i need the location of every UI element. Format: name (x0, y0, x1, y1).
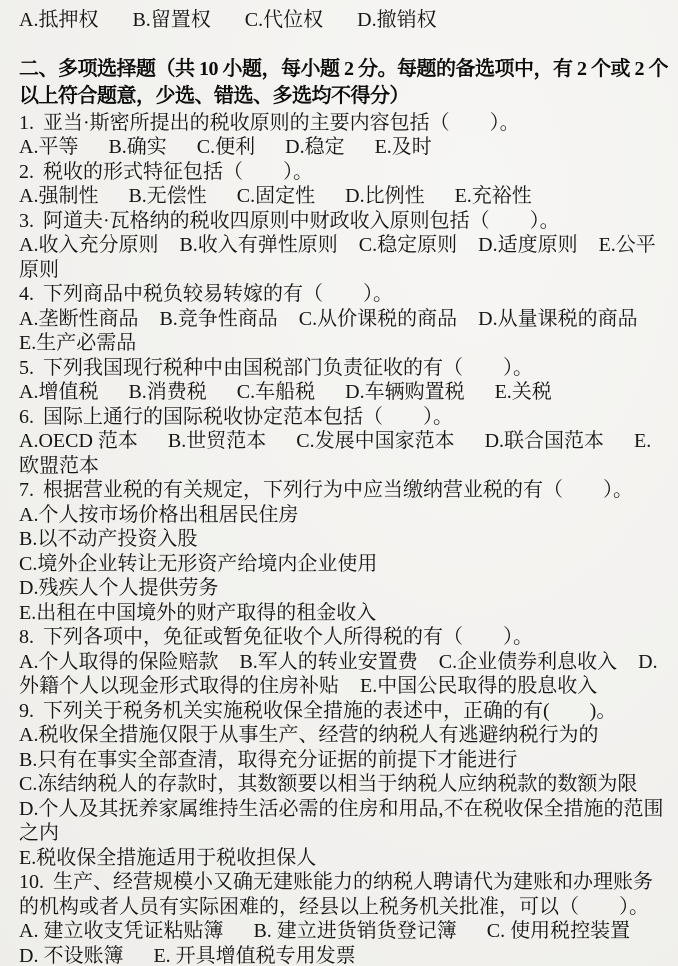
scanned-exam-page: A.抵押权B.留置权C.代位权D.撤销权 二、多项选择题（共 10 小题，每小题… (0, 0, 678, 966)
option: E.出租在中国境外的财产取得的租金收入 (19, 601, 668, 626)
question-options: A.税收保全措施仅限于从事生产、经营的纳税人有逃避纳税行为的 B.只有在事实全部… (19, 723, 668, 870)
option: D.从量课税的商品 (478, 308, 637, 330)
question-options: A.平等B.确实C.便利D.稳定E.及时 (19, 135, 668, 160)
option: A.抵押权 (19, 9, 98, 31)
option: C.车船税 (237, 381, 315, 403)
option: B.竞争性商品 (159, 308, 277, 330)
question-options: A.增值税B.消费税C.车船税D.车辆购置税E.关税 (19, 380, 668, 405)
option: D.联合国范本 (485, 430, 604, 452)
question-number: 2. (19, 161, 34, 183)
option: C.代位权 (245, 9, 323, 31)
option: E. 开具增值税专用发票 (153, 945, 355, 966)
option: C.稳定原则 (359, 234, 457, 256)
question-text: 生产、经营规模小又确无建账能力的纳税人聘请代为建账和办理账务的机构或者人员有实际… (19, 871, 653, 918)
option: C.固定性 (237, 185, 315, 207)
question-stem: 9.下列关于税务机关实施税收保全措施的表述中，正确的有( )。 (19, 699, 668, 724)
option: C.从价课税的商品 (299, 308, 457, 330)
option: E.关税 (495, 381, 552, 403)
option: A. 建立收支凭证粘贴簿 (19, 920, 223, 942)
option: D.适度原则 (478, 234, 577, 256)
question-number: 5. (19, 357, 34, 379)
option: B.收入有弹性原则 (179, 234, 337, 256)
option: D.撤销权 (357, 9, 436, 31)
question-number: 7. (19, 479, 34, 501)
question-text: 国际上通行的国际税收协定范本包括（ ）。 (43, 406, 453, 428)
question-3: 3.阿道夫·瓦格纳的税收四原则中财政收入原则包括（ ）。 A.收入充分原则B.收… (19, 209, 668, 283)
option: D. 不设账簿 (19, 945, 123, 966)
question-text: 根据营业税的有关规定，下列行为中应当缴纳营业税的有（ ）。 (43, 479, 633, 501)
question-number: 4. (19, 283, 34, 305)
question-text: 亚当·斯密所提出的税收原则的主要内容包括（ ）。 (43, 112, 520, 134)
option: C.便利 (197, 136, 255, 158)
option: B. 建立进货销货登记簿 (253, 920, 456, 942)
question-options: A.个人按市场价格出租居民住房 B.以不动产投资入股 C.境外企业转让无形资产给… (19, 503, 668, 626)
option: A.个人取得的保险赔款 (19, 651, 218, 673)
option: D.车辆购置税 (345, 381, 464, 403)
question-text: 下列我国现行税种中由国税部门负责征收的有（ ）。 (43, 357, 533, 379)
question-4: 4.下列商品中税负较易转嫁的有（ ）。 A.垄断性商品B.竞争性商品C.从价课税… (19, 282, 668, 356)
option: C. 使用税控装置 (487, 920, 630, 942)
question-text: 税收的形式特征包括（ ）。 (43, 161, 313, 183)
question-options: A.收入充分原则B.收入有弹性原则C.稳定原则D.适度原则E.公平原则 (19, 233, 668, 282)
option: A.强制性 (19, 185, 98, 207)
question-text: 下列商品中税负较易转嫁的有（ ）。 (43, 283, 393, 305)
option: D.稳定 (285, 136, 344, 158)
question-text: 阿道夫·瓦格纳的税收四原则中财政收入原则包括（ ）。 (43, 210, 560, 232)
option: C.境外企业转让无形资产给境内企业使用 (19, 552, 668, 577)
option: B.无偿性 (128, 185, 206, 207)
question-5: 5.下列我国现行税种中由国税部门负责征收的有（ ）。 A.增值税B.消费税C.车… (19, 356, 668, 405)
option: B.世贸范本 (168, 430, 266, 452)
option: B.军人的转业安置费 (239, 651, 417, 673)
option: D.残疾人个人提供劳务 (19, 576, 668, 601)
question-number: 9. (19, 700, 34, 722)
question-options: A.个人取得的保险赔款B.军人的转业安置费C.企业债券利息收入D.外籍个人以现金… (19, 650, 668, 699)
question-stem: 10.生产、经营规模小又确无建账能力的纳税人聘请代为建账和办理账务的机构或者人员… (19, 870, 668, 919)
option: E.中国公民取得的股息收入 (360, 675, 597, 697)
question-stem: 8.下列各项中，免征或暂免征收个人所得税的有（ ）。 (19, 625, 668, 650)
question-number: 10. (19, 871, 44, 893)
question-text: 下列各项中，免征或暂免征收个人所得税的有（ ）。 (43, 626, 533, 648)
option: C.冻结纳税人的存款时，其数额要以相当于纳税人应纳税款的数额为限 (19, 772, 668, 797)
question-stem: 2.税收的形式特征包括（ ）。 (19, 160, 668, 185)
option: C.发展中国家范本 (296, 430, 454, 452)
option: C.企业债券利息收入 (439, 651, 617, 673)
question-options: A.强制性B.无偿性C.固定性D.比例性E.充裕性 (19, 184, 668, 209)
option: A.个人按市场价格出租居民住房 (19, 503, 668, 528)
question-number: 3. (19, 210, 34, 232)
option: B.留置权 (132, 9, 210, 31)
question-stem: 4.下列商品中税负较易转嫁的有（ ）。 (19, 282, 668, 307)
option: D.个人及其抚养家属维持生活必需的住房和用品,不在税收保全措施的范围之内 (19, 797, 668, 846)
previous-question-options: A.抵押权B.留置权C.代位权D.撤销权 (19, 8, 668, 33)
option: A.增值税 (19, 381, 98, 403)
question-options: A. 建立收支凭证粘贴簿B. 建立进货销货登记簿C. 使用税控装置D. 不设账簿… (19, 919, 668, 966)
option: E.生产必需品 (19, 332, 136, 354)
option: E.税收保全措施适用于税收担保人 (19, 846, 668, 871)
question-10: 10.生产、经营规模小又确无建账能力的纳税人聘请代为建账和办理账务的机构或者人员… (19, 870, 668, 966)
option: B.以不动产投资入股 (19, 527, 668, 552)
option: B.只有在事实全部查清，取得充分证据的前提下才能进行 (19, 748, 668, 773)
question-stem: 3.阿道夫·瓦格纳的税收四原则中财政收入原则包括（ ）。 (19, 209, 668, 234)
question-number: 6. (19, 406, 34, 428)
question-text: 下列关于税务机关实施税收保全措施的表述中，正确的有( )。 (43, 700, 616, 722)
option: E.及时 (375, 136, 432, 158)
option: A.平等 (19, 136, 78, 158)
question-options: A.垄断性商品B.竞争性商品C.从价课税的商品D.从量课税的商品E.生产必需品 (19, 307, 668, 356)
option: A.OECD 范本 (19, 430, 138, 452)
question-stem: 7.根据营业税的有关规定，下列行为中应当缴纳营业税的有（ ）。 (19, 478, 668, 503)
option: A.垄断性商品 (19, 308, 138, 330)
option: E.充裕性 (455, 185, 532, 207)
question-number: 8. (19, 626, 34, 648)
question-8: 8.下列各项中，免征或暂免征收个人所得税的有（ ）。 A.个人取得的保险赔款B.… (19, 625, 668, 699)
question-2: 2.税收的形式特征包括（ ）。 A.强制性B.无偿性C.固定性D.比例性E.充裕… (19, 160, 668, 209)
question-stem: 1.亚当·斯密所提出的税收原则的主要内容包括（ ）。 (19, 111, 668, 136)
option: A.收入充分原则 (19, 234, 158, 256)
option: B.消费税 (128, 381, 206, 403)
question-stem: 6.国际上通行的国际税收协定范本包括（ ）。 (19, 405, 668, 430)
question-7: 7.根据营业税的有关规定，下列行为中应当缴纳营业税的有（ ）。 A.个人按市场价… (19, 478, 668, 625)
question-options: A.OECD 范本B.世贸范本C.发展中国家范本D.联合国范本E.欧盟范本 (19, 429, 668, 478)
question-6: 6.国际上通行的国际税收协定范本包括（ ）。 A.OECD 范本B.世贸范本C.… (19, 405, 668, 479)
question-1: 1.亚当·斯密所提出的税收原则的主要内容包括（ ）。 A.平等B.确实C.便利D… (19, 111, 668, 160)
question-number: 1. (19, 112, 34, 134)
option: A.税收保全措施仅限于从事生产、经营的纳税人有逃避纳税行为的 (19, 723, 668, 748)
option: D.比例性 (345, 185, 424, 207)
option: B.确实 (108, 136, 166, 158)
section-heading: 二、多项选择题（共 10 小题，每小题 2 分。每题的备选项中，有 2 个或 2… (19, 56, 668, 110)
question-9: 9.下列关于税务机关实施税收保全措施的表述中，正确的有( )。 A.税收保全措施… (19, 699, 668, 871)
question-stem: 5.下列我国现行税种中由国税部门负责征收的有（ ）。 (19, 356, 668, 381)
